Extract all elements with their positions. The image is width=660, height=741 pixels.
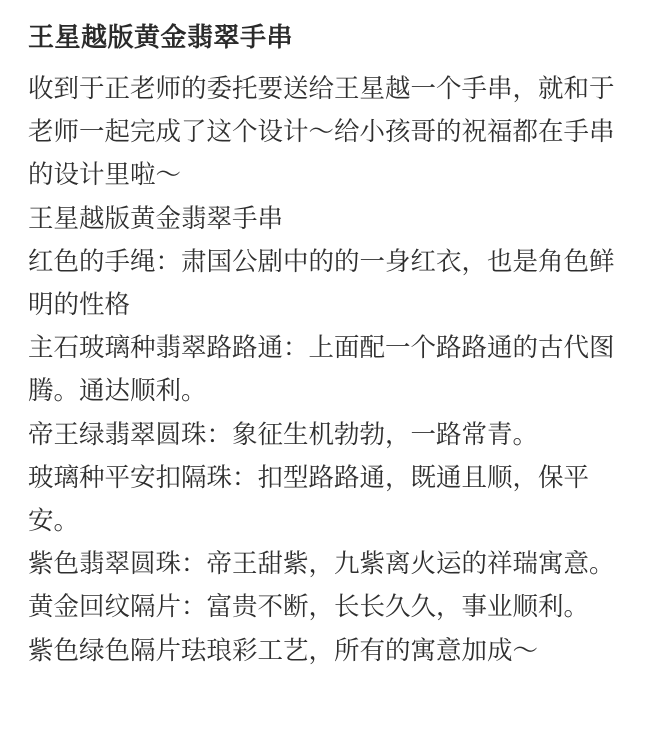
paragraph-red-cord: 红色的手绳：肃国公剧中的的一身红衣，也是角色鲜明的性格: [28, 241, 636, 327]
paragraph-purple-bead: 紫色翡翠圆珠：帝王甜紫，九紫离火运的祥瑞寓意。: [28, 543, 636, 586]
paragraph-intro: 收到于正老师的委托要送给王星越一个手串，就和于老师一起完成了这个设计～给小孩哥的…: [28, 68, 636, 198]
paragraph-main-stone: 主石玻璃种翡翠路路通：上面配一个路路通的古代图腾。通达顺利。: [28, 327, 636, 413]
paragraph-enamel-spacer: 紫色绿色隔片珐琅彩工艺，所有的寓意加成～: [28, 630, 636, 673]
document-title: 王星越版黄金翡翠手串: [28, 18, 632, 58]
paragraph-imperial-green-bead: 帝王绿翡翠圆珠：象征生机勃勃，一路常青。: [28, 414, 636, 457]
paragraph-product-name: 王星越版黄金翡翠手串: [28, 198, 636, 241]
paragraph-peace-buckle: 玻璃种平安扣隔珠：扣型路路通，既通且顺，保平安。: [28, 457, 636, 543]
paragraph-gold-spacer: 黄金回纹隔片：富贵不断，长长久久，事业顺利。: [28, 586, 636, 629]
document: 王星越版黄金翡翠手串 收到于正老师的委托要送给王星越一个手串，就和于老师一起完成…: [0, 0, 660, 673]
